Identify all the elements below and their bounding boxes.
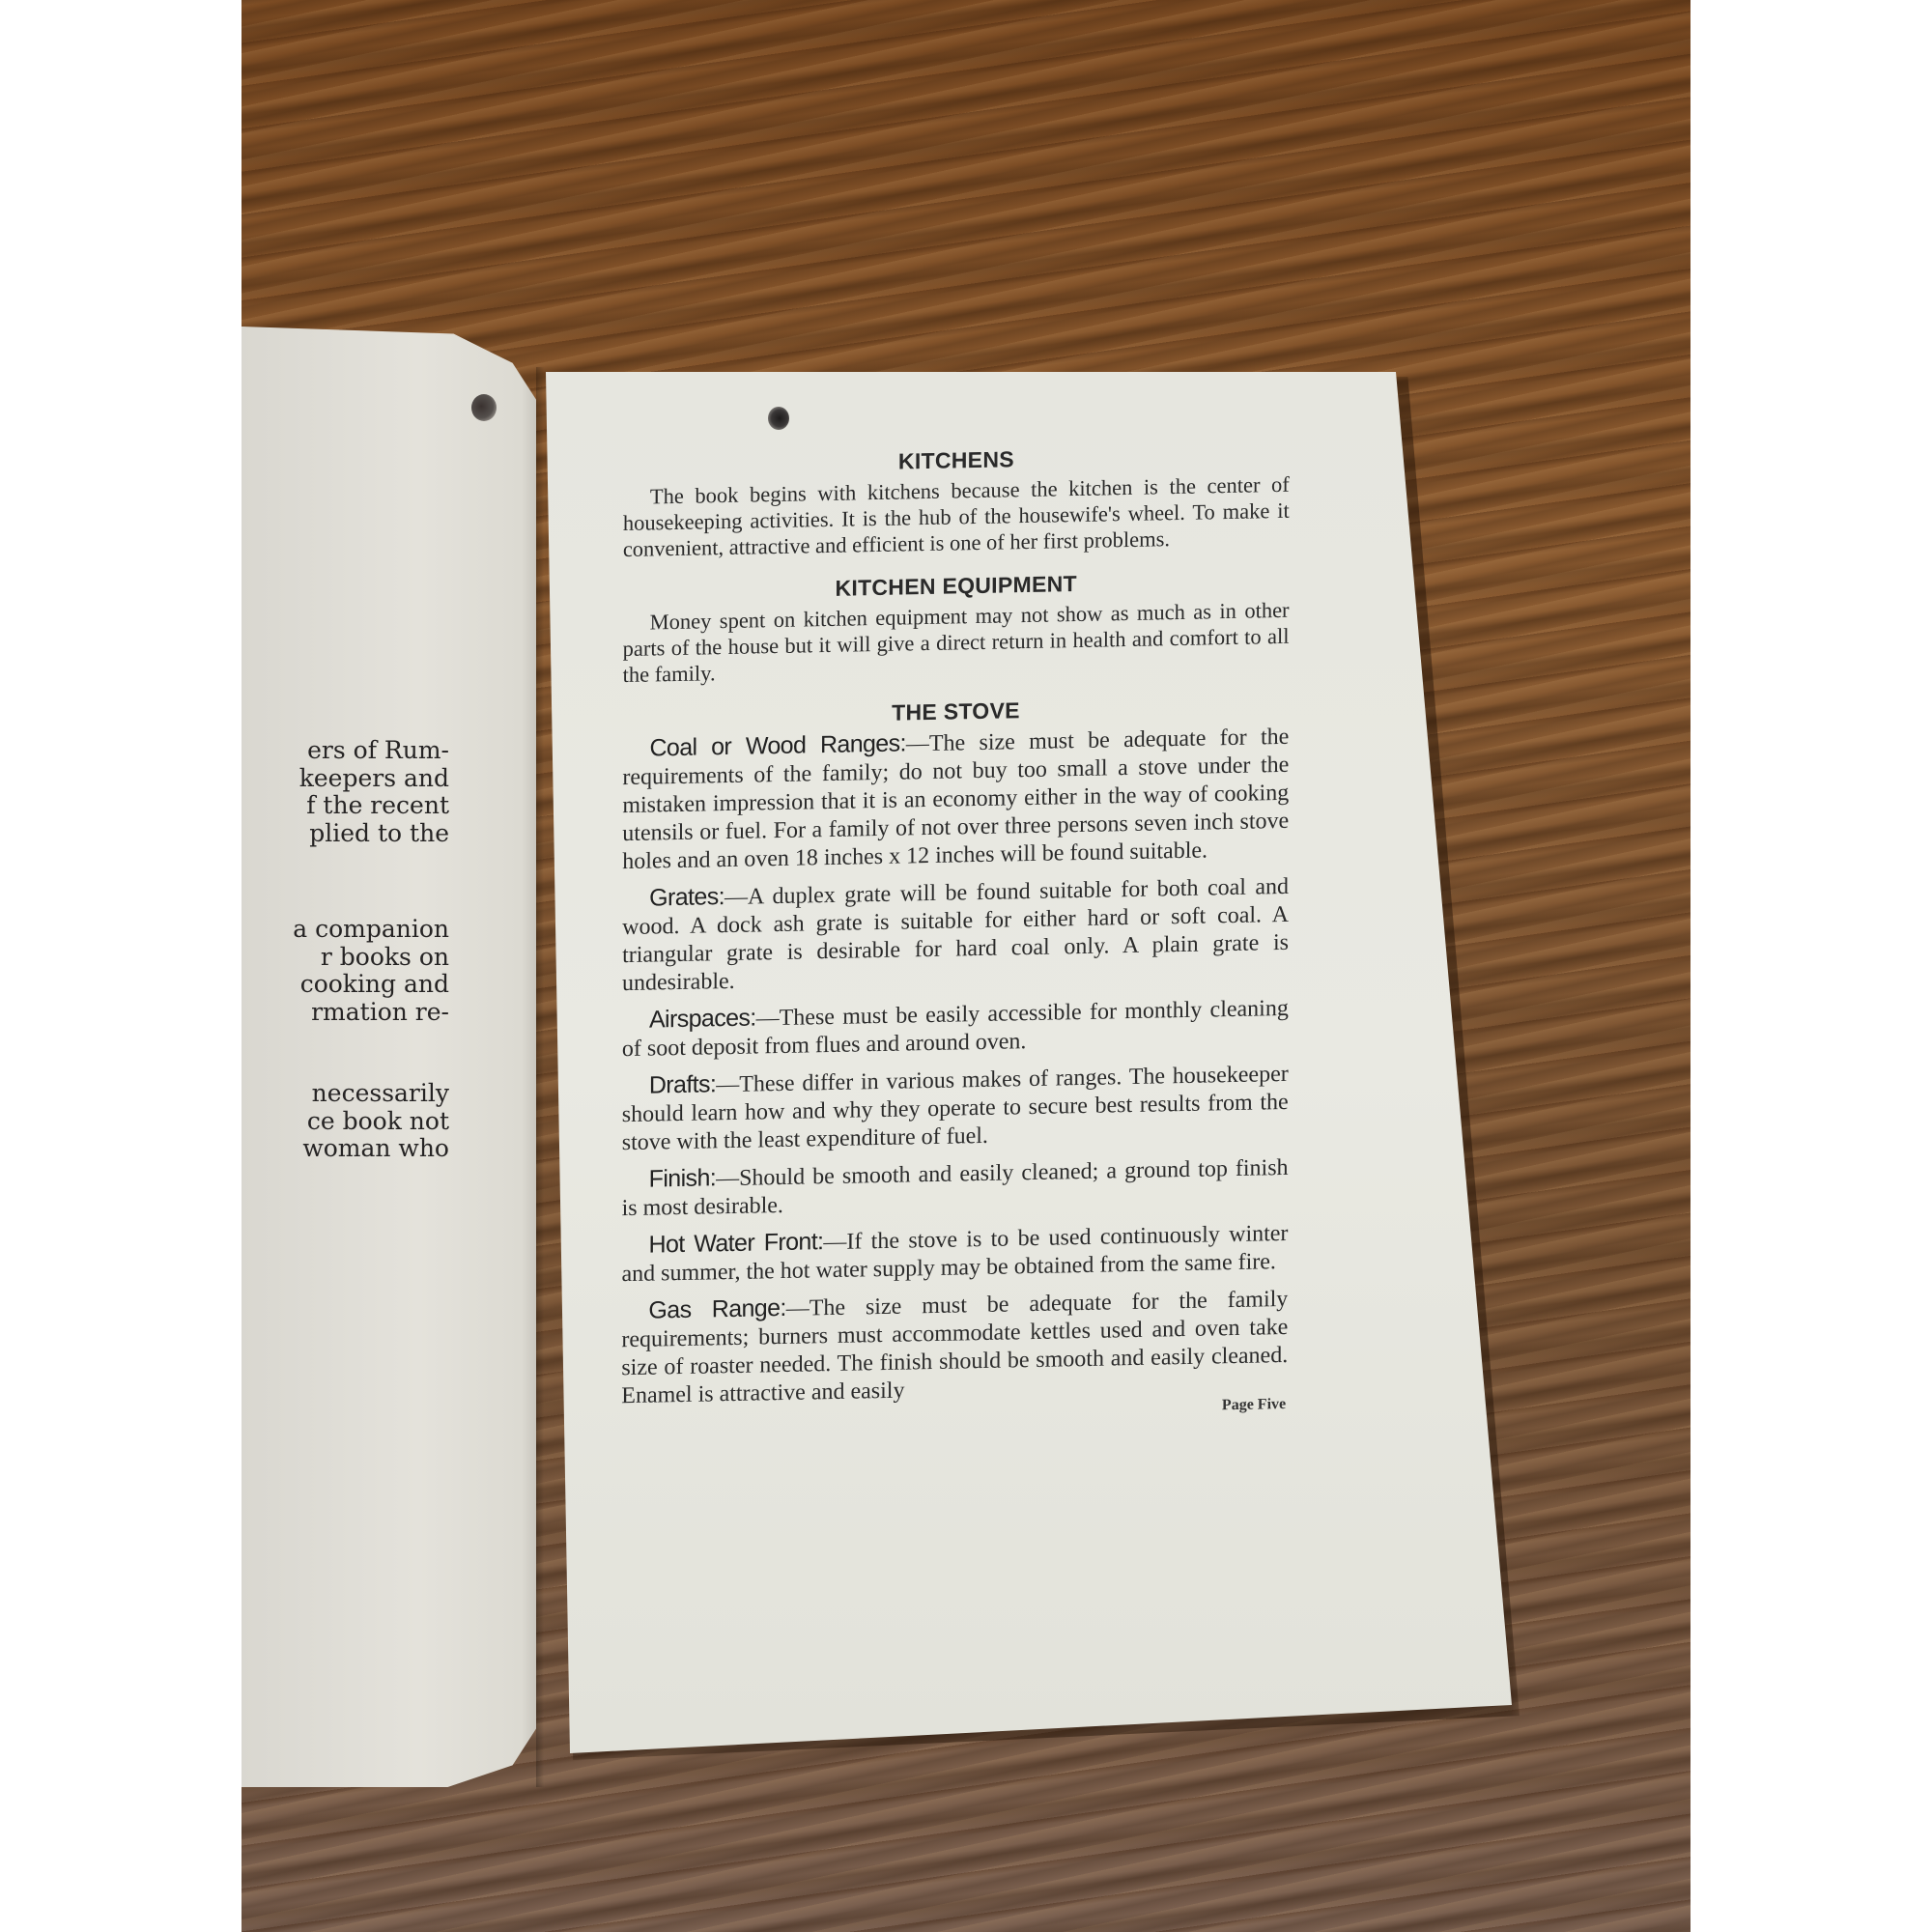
left-page-text-block: necessarily ce book not woman who <box>241 1080 449 1163</box>
item-term: Gas Range: <box>648 1294 785 1324</box>
photo-background-wood-table: ers of Rum- keepers and f the recent pli… <box>241 0 1690 1932</box>
item-text: —Should be smooth and easily cleaned; a … <box>622 1155 1289 1221</box>
binder-hole-icon <box>471 394 497 421</box>
paragraph: Money spent on kitchen equipment may not… <box>623 597 1290 688</box>
binder-hole-icon <box>768 407 789 430</box>
stove-item: Finish:—Should be smooth and easily clea… <box>622 1153 1289 1223</box>
item-term: Finish: <box>649 1164 716 1192</box>
stove-item: Drafts:—These differ in various makes of… <box>622 1060 1289 1157</box>
item-term: Grates: <box>649 883 724 911</box>
item-text: —These differ in various makes of ranges… <box>622 1062 1289 1155</box>
item-term: Drafts: <box>649 1070 716 1098</box>
stove-item: Hot Water Front:—If the stove is to be u… <box>621 1219 1288 1289</box>
left-page-text-block: ers of Rum- keepers and f the recent pli… <box>241 737 449 847</box>
stove-item: Coal or Wood Ranges:—The size must be ad… <box>622 723 1289 876</box>
left-page-text-block: a companion r books on cooking and rmati… <box>241 916 449 1026</box>
paragraph: The book begins with kitchens because th… <box>623 471 1290 562</box>
left-page: ers of Rum- keepers and f the recent pli… <box>241 327 536 1787</box>
item-term: Airspaces: <box>649 1004 756 1033</box>
section-kitchen-equipment: KITCHEN EQUIPMENT Money spent on kitchen… <box>623 567 1290 688</box>
section-kitchens: KITCHENS The book begins with kitchens b… <box>623 441 1290 562</box>
stove-item: Grates:—A duplex grate will be found sui… <box>622 872 1289 998</box>
stove-item: Airspaces:—These must be easily accessib… <box>622 994 1289 1064</box>
item-term: Hot Water Front: <box>649 1228 824 1258</box>
item-term: Coal or Wood Ranges: <box>649 729 905 761</box>
right-page-content: KITCHENS The book begins with kitchens b… <box>621 441 1290 1426</box>
stove-item: Gas Range:—The size must be adequate for… <box>621 1285 1288 1410</box>
section-the-stove: THE STOVE Coal or Wood Ranges:—The size … <box>621 693 1289 1410</box>
book-spine-fold <box>536 367 544 1787</box>
